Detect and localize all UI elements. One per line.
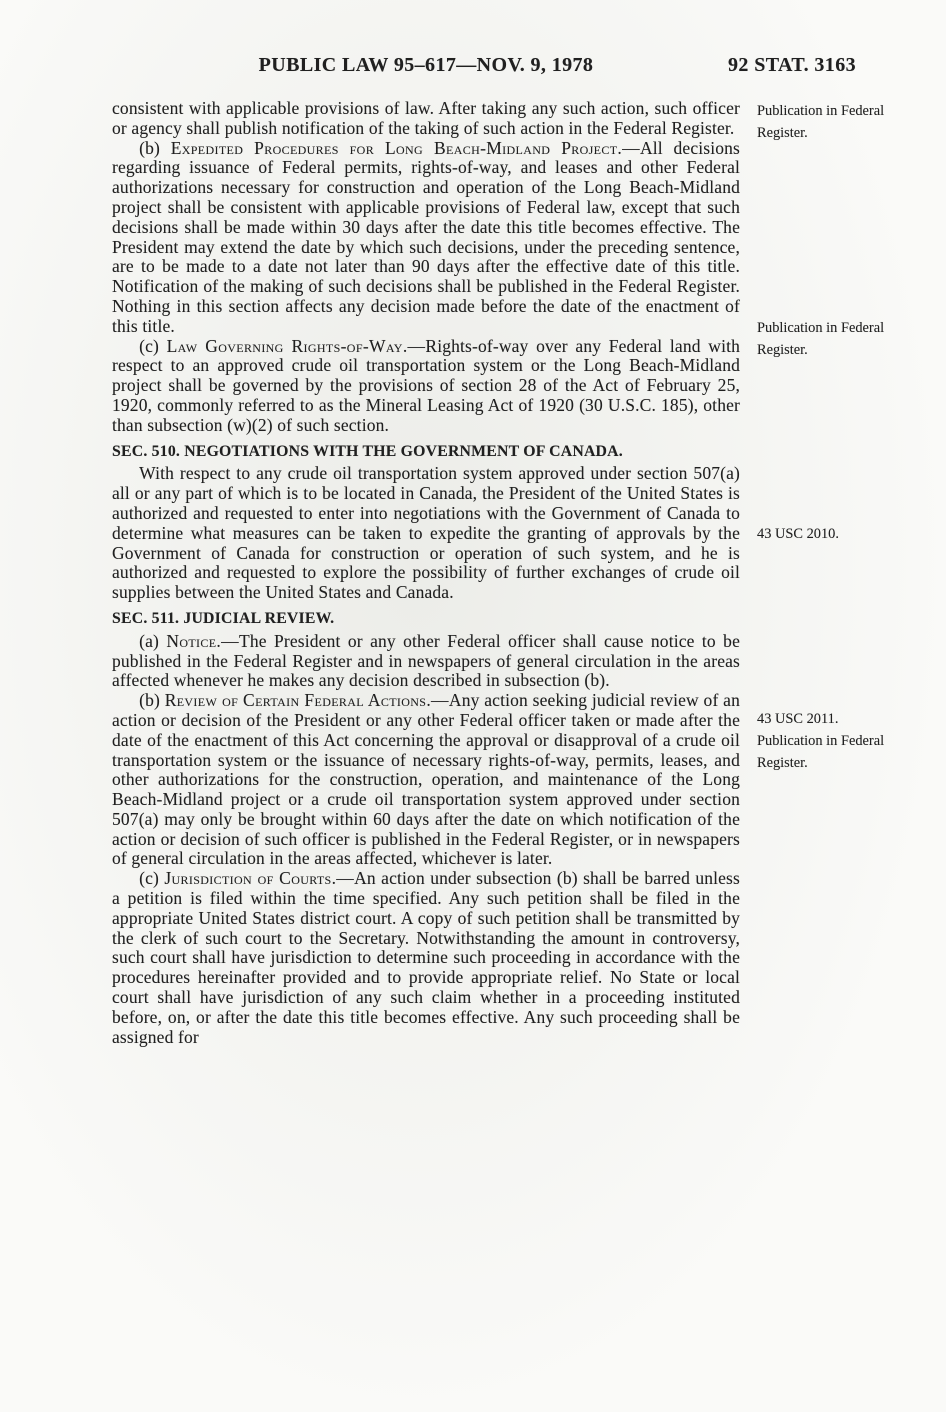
page-header-stat-citation: 92 STAT. 3163 [728, 54, 908, 77]
subsection-a-notice: (a) Notice.—The President or any other F… [112, 632, 740, 691]
main-text-column: consistent with applicable provisions of… [112, 99, 740, 1047]
subsection-b-review-of-certain-federal-actions: (b) Review of Certain Federal Actions.—A… [112, 691, 740, 869]
section-510-paragraph: With respect to any crude oil transporta… [112, 464, 740, 603]
subsection-label: (a) [139, 631, 166, 651]
subsection-heading: Jurisdiction of Courts.— [164, 868, 354, 888]
page-header-title: PUBLIC LAW 95–617—NOV. 9, 1978 [112, 54, 740, 77]
margin-note-43-usc-2010: 43 USC 2010. [757, 524, 895, 546]
margin-note-publication-federal-register-2: Publication in Federal Register. [757, 318, 895, 361]
subsection-b-expedited-procedures: (b) Expedited Procedures for Long Beach-… [112, 139, 740, 337]
subsection-text: An action under subsection (b) shall be … [112, 868, 740, 1046]
section-510-heading: SEC. 510. NEGOTIATIONS WITH THE GOVERNME… [112, 442, 740, 462]
subsection-heading: Review of Certain Federal Actions.— [165, 690, 449, 710]
statute-page: PUBLIC LAW 95–617—NOV. 9, 1978 92 STAT. … [0, 0, 946, 1412]
subsection-label: (c) [139, 336, 167, 356]
section-511-heading: SEC. 511. JUDICIAL REVIEW. [112, 609, 740, 629]
margin-note-43-usc-2011: 43 USC 2011. [757, 709, 895, 731]
subsection-c-jurisdiction-of-courts: (c) Jurisdiction of Courts.—An action un… [112, 869, 740, 1047]
subsection-text: All decisions regarding issuance of Fede… [112, 138, 740, 336]
margin-note-publication-federal-register-3: Publication in Federal Register. [757, 731, 895, 774]
subsection-label: (b) [139, 138, 171, 158]
subsection-heading: Notice.— [166, 631, 239, 651]
subsection-text: Any action seeking judicial review of an… [112, 690, 740, 868]
continuation-paragraph: consistent with applicable provisions of… [112, 99, 740, 139]
margin-note-publication-federal-register-1: Publication in Federal Register. [757, 101, 895, 144]
subsection-heading: Expedited Procedures for Long Beach-Midl… [171, 138, 640, 158]
subsection-label: (c) [139, 868, 164, 888]
subsection-heading: Law Governing Rights-of-Way.— [167, 336, 426, 356]
subsection-c-law-governing-rights-of-way: (c) Law Governing Rights-of-Way.—Rights-… [112, 337, 740, 436]
subsection-label: (b) [139, 690, 165, 710]
